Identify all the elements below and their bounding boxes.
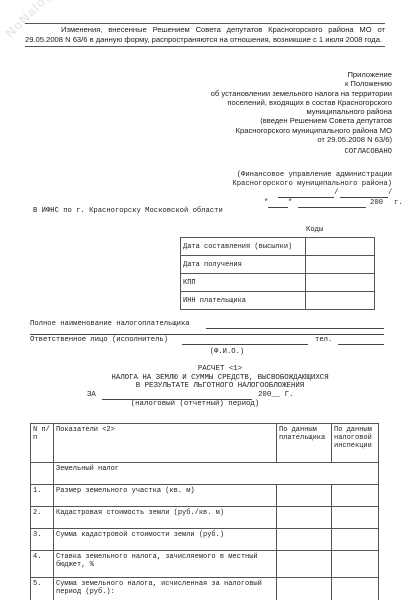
responsible-label: Ответственное лицо (исполнитель) — [30, 336, 168, 344]
codes-row: Дата получения — [181, 256, 375, 274]
taxpayer-block: Полное наименование налогоплательщика От… — [30, 320, 384, 360]
signature-line: / / — [230, 189, 392, 199]
approval-day-field[interactable] — [268, 199, 288, 208]
phone-label: тел. — [315, 336, 332, 344]
appendix-line: поселений, входящих в состав Красногорск… — [172, 98, 392, 107]
appendix-line: Приложение — [172, 70, 392, 79]
row-num: 2. — [31, 507, 54, 529]
row-label: Размер земельного участка (кв. м) — [54, 485, 277, 507]
full-name-label: Полное наименование налогоплательщика — [30, 320, 190, 328]
header-num: N п/п — [31, 424, 54, 463]
codes-row-label: Дата получения — [181, 256, 306, 274]
row-label: Сумма кадастровой стоимости земли (руб.) — [54, 529, 277, 551]
row-label: Сумма земельного налога, исчисленная за … — [54, 578, 277, 600]
approval-org-line: (Финансовое управление администрации — [230, 171, 392, 180]
codes-row: Дата составления (высылки) — [181, 238, 375, 256]
row-inspection-value[interactable] — [332, 529, 379, 551]
row-inspection-value[interactable] — [332, 507, 379, 529]
table-header: N п/п Показатели <2> По данным плательщи… — [31, 424, 379, 463]
appendix-line: к Положению — [172, 79, 392, 88]
row-num: 3. — [31, 529, 54, 551]
row-payer-value[interactable] — [277, 578, 332, 600]
codes-row-label: КПП — [181, 274, 306, 292]
row-inspection-value[interactable] — [332, 485, 379, 507]
row-label: Кадастровая стоимость земли (руб./кв. м) — [54, 507, 277, 529]
row-payer-value[interactable] — [277, 485, 332, 507]
period-prefix: ЗА — [87, 391, 96, 400]
form-title: РАСЧЕТ <1> НАЛОГА НА ЗЕМЛЮ И СУММЫ СРЕДС… — [60, 365, 380, 408]
amendment-notice: Изменения, внесенные Решением Совета деп… — [25, 23, 385, 47]
header-indicator: Показатели <2> — [54, 424, 277, 463]
codes-row-label: Дата составления (высылки) — [181, 238, 306, 256]
row-payer-value[interactable] — [277, 507, 332, 529]
row-payer-value[interactable] — [277, 529, 332, 551]
row-inspection-value[interactable] — [332, 551, 379, 578]
approval-block: СОГЛАСОВАНО (Финансовое управление админ… — [230, 143, 392, 209]
form-title-line: В РЕЗУЛЬТАТЕ ЛЬГОТНОГО НАЛОГООБЛОЖЕНИЯ — [60, 382, 380, 391]
appendix-line: муниципального района — [172, 107, 392, 116]
table-row: 5. Сумма земельного налога, исчисленная … — [31, 578, 379, 600]
appendix-line: (введен Решением Совета депутатов — [172, 116, 392, 125]
table-row: 3. Сумма кадастровой стоимости земли (ру… — [31, 529, 379, 551]
header-inspection: По данным налоговой инспекции — [332, 424, 379, 463]
codes-row-value[interactable] — [306, 238, 375, 256]
full-name-field[interactable] — [206, 320, 384, 329]
row-payer-value[interactable] — [277, 551, 332, 578]
row-num: 4. — [31, 551, 54, 578]
table-row: 2. Кадастровая стоимость земли (руб./кв.… — [31, 507, 379, 529]
table-row: 4. Ставка земельного налога, зачисляемог… — [31, 551, 379, 578]
codes-row-value[interactable] — [306, 274, 375, 292]
header-payer: По данным плательщика — [277, 424, 332, 463]
codes-row-label: ИНН плательщика — [181, 292, 306, 310]
approval-title: СОГЛАСОВАНО — [230, 148, 392, 157]
phone-field[interactable] — [338, 336, 384, 345]
row-num: 5. — [31, 578, 54, 600]
form-title-line: НАЛОГА НА ЗЕМЛЮ И СУММЫ СРЕДСТВ, ВЫСВОБО… — [60, 374, 380, 383]
signature-name-field[interactable] — [340, 189, 388, 198]
period-field[interactable] — [102, 391, 252, 400]
codes-row-value[interactable] — [306, 292, 375, 310]
period-year: 200__ Г. — [258, 391, 293, 400]
appendix-line: Красногорского муниципального района МО — [172, 126, 392, 135]
period-caption: (налоговый (отчетный) период) — [60, 400, 380, 409]
signature-field[interactable] — [278, 189, 334, 198]
fio-caption: (Ф.И.О.) — [30, 348, 384, 360]
codes-table: Дата составления (высылки) Дата получени… — [180, 237, 375, 310]
approval-date-line: " " 200 г. — [230, 199, 392, 209]
codes-row: ИНН плательщика — [181, 292, 375, 310]
section-row: Земельный налог — [31, 463, 379, 485]
table-row: 1. Размер земельного участка (кв. м) — [31, 485, 379, 507]
codes-label: Коды — [306, 226, 323, 234]
calculation-table: N п/п Показатели <2> По данным плательщи… — [30, 423, 379, 600]
approval-month-field[interactable] — [298, 199, 366, 208]
section-label: Земельный налог — [54, 463, 379, 485]
codes-row-value[interactable] — [306, 256, 375, 274]
approval-org-line: Красногорского муниципального района) — [230, 180, 392, 189]
row-num: 1. — [31, 485, 54, 507]
row-inspection-value[interactable] — [332, 578, 379, 600]
recipient: В ИФНС по г. Красногорску Московской обл… — [33, 207, 223, 215]
responsible-field[interactable] — [182, 336, 308, 345]
row-label: Ставка земельного налога, зачисляемого в… — [54, 551, 277, 578]
codes-row: КПП — [181, 274, 375, 292]
form-title-line: РАСЧЕТ <1> — [60, 365, 380, 374]
appendix-line: об установлении земельного налога на тер… — [172, 89, 392, 98]
appendix-header: Приложение к Положению об установлении з… — [172, 70, 392, 144]
amendment-notice-text: Изменения, внесенные Решением Совета деп… — [25, 25, 385, 44]
